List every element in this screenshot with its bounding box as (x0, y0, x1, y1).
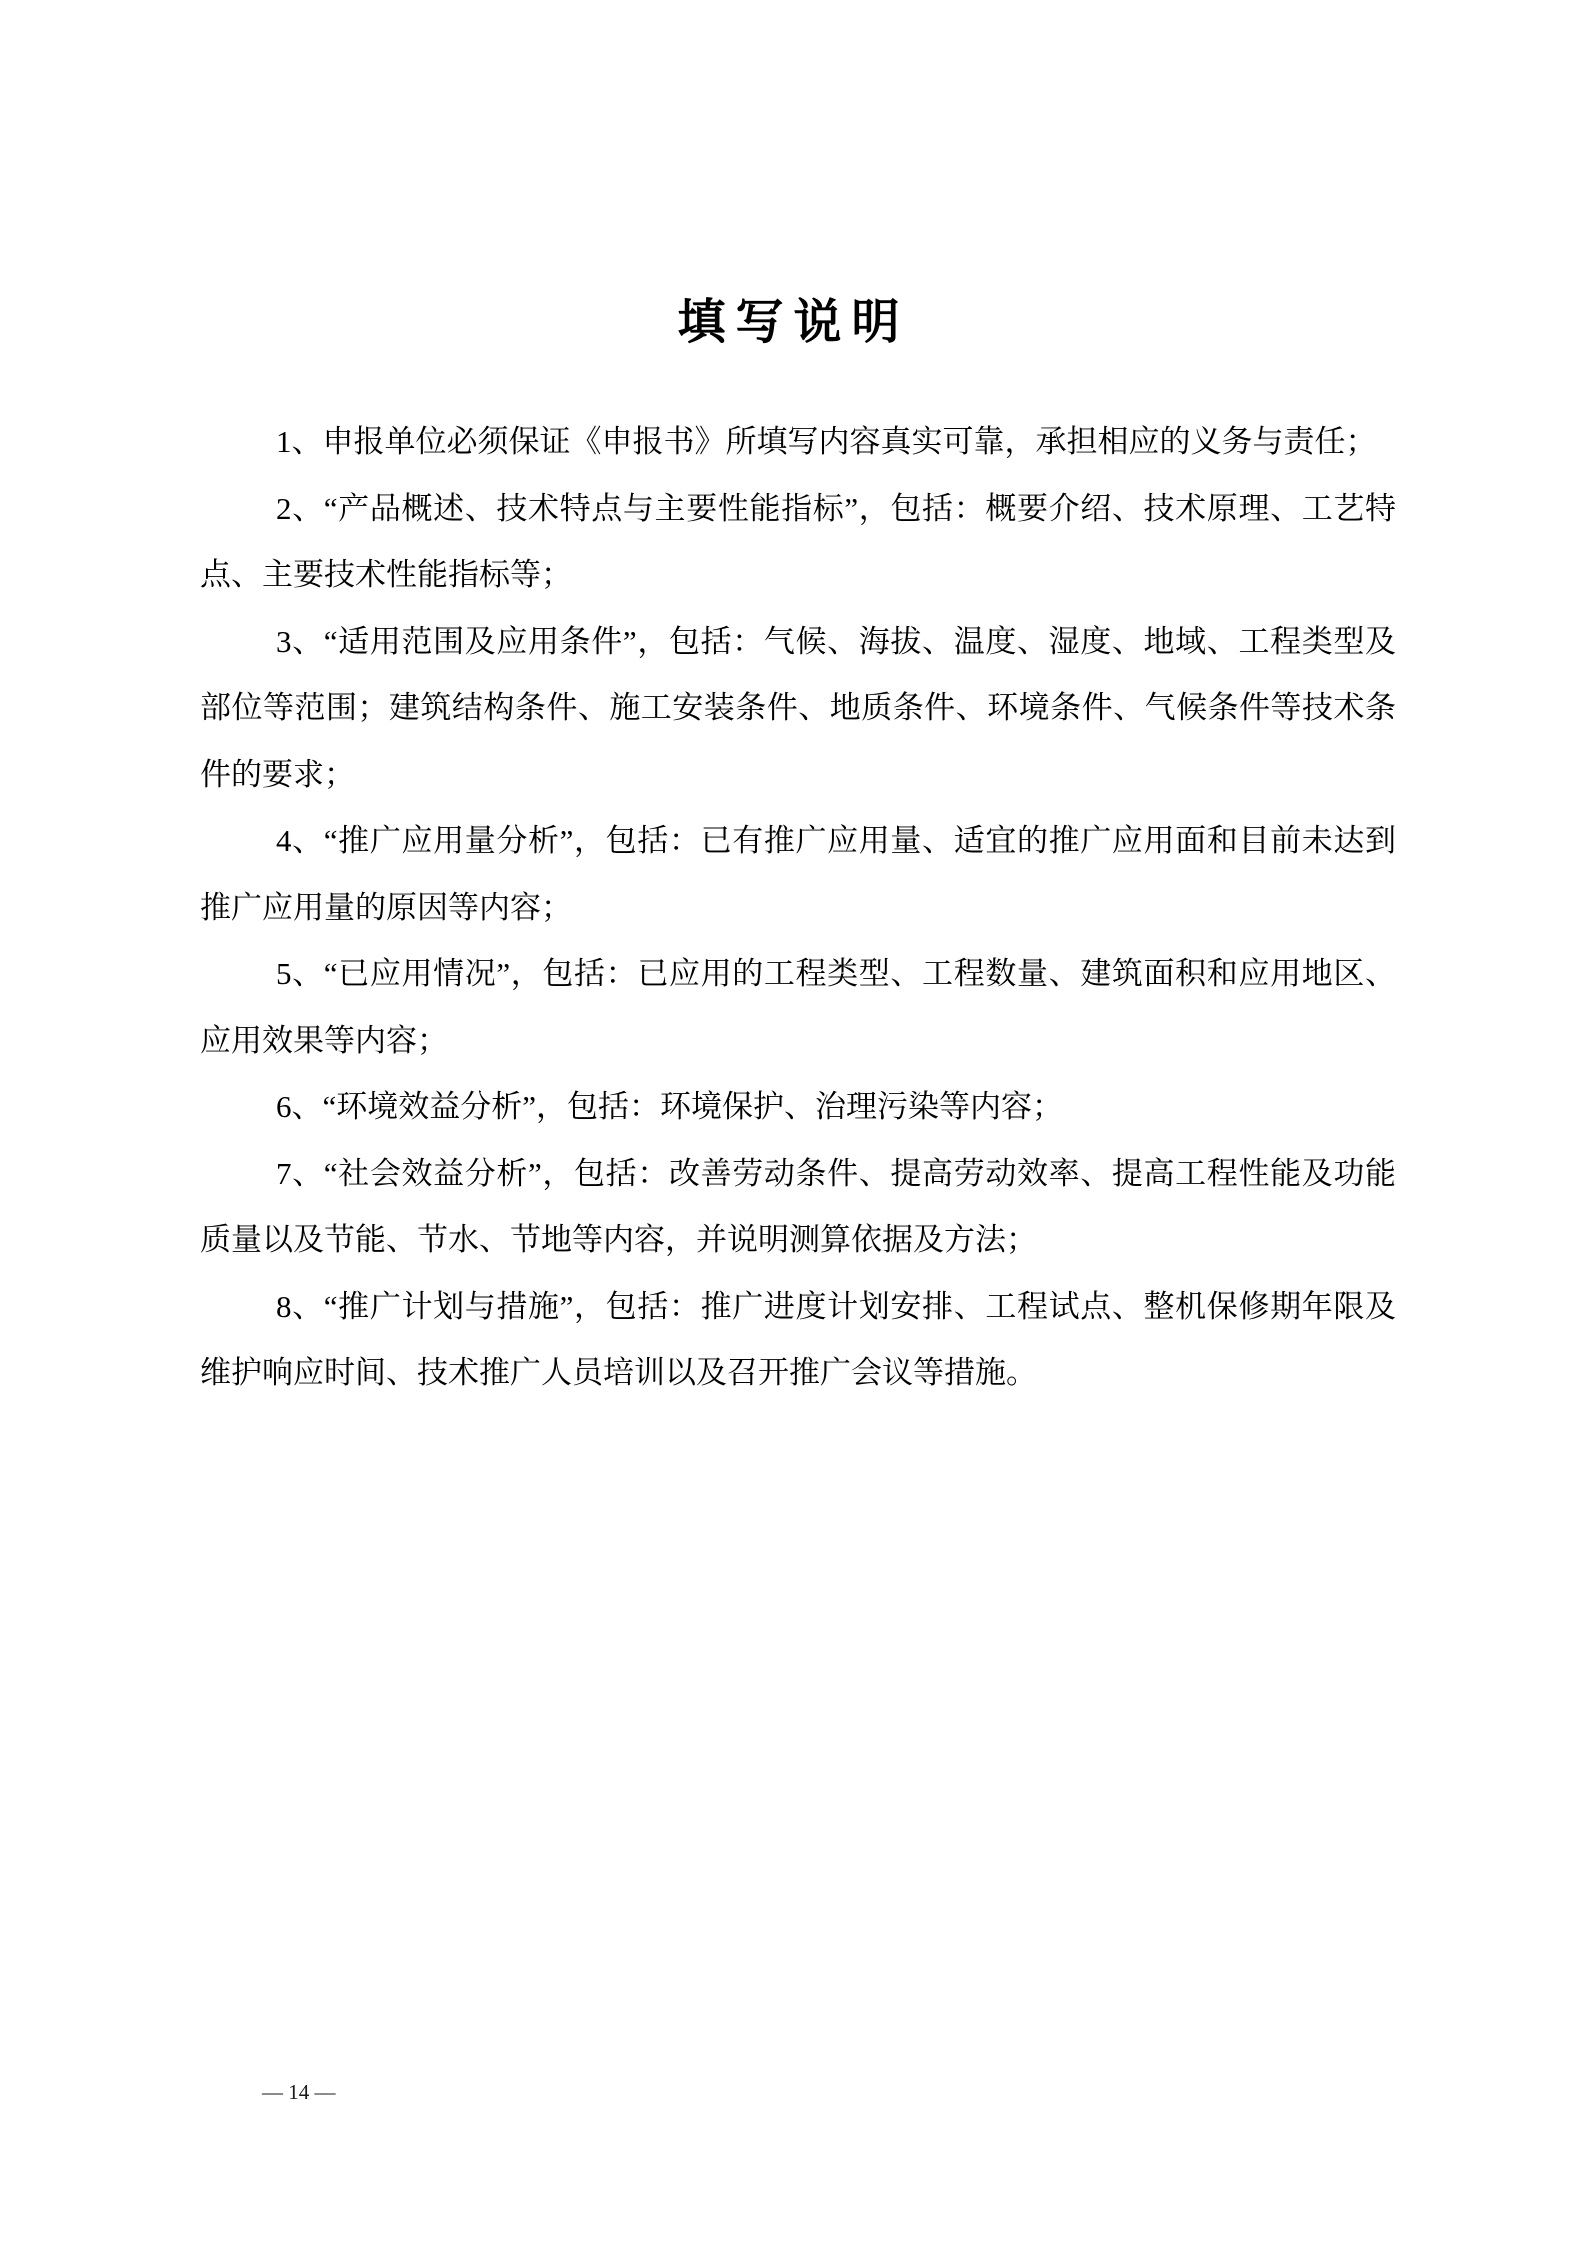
document-page: 填写说明 1、申报单位必须保证《申报书》所填写内容真实可靠，承担相应的义务与责任… (0, 0, 1587, 2245)
instruction-paragraph-3: 3、“适用范围及应用条件”，包括：气候、海拔、温度、湿度、地域、工程类型及部位等… (200, 609, 1396, 809)
instruction-paragraph-6: 6、“环境效益分析”，包括：环境保护、治理污染等内容； (200, 1074, 1396, 1141)
page-number: — 14 — (262, 2076, 336, 2108)
instruction-paragraph-2: 2、“产品概述、技术特点与主要性能指标”，包括：概要介绍、技术原理、工艺特点、主… (200, 476, 1396, 609)
instruction-paragraph-1: 1、申报单位必须保证《申报书》所填写内容真实可靠，承担相应的义务与责任； (200, 409, 1396, 476)
instruction-paragraph-8: 8、“推广计划与措施”，包括：推广进度计划安排、工程试点、整机保修期年限及维护响… (200, 1274, 1396, 1407)
page-title: 填写说明 (0, 297, 1587, 349)
instruction-paragraph-7: 7、“社会效益分析”，包括：改善劳动条件、提高劳动效率、提高工程性能及功能质量以… (200, 1141, 1396, 1274)
instructions-body: 1、申报单位必须保证《申报书》所填写内容真实可靠，承担相应的义务与责任； 2、“… (200, 409, 1396, 1407)
instruction-paragraph-5: 5、“已应用情况”，包括：已应用的工程类型、工程数量、建筑面积和应用地区、应用效… (200, 941, 1396, 1074)
instruction-paragraph-4: 4、“推广应用量分析”，包括：已有推广应用量、适宜的推广应用面和目前未达到推广应… (200, 808, 1396, 941)
